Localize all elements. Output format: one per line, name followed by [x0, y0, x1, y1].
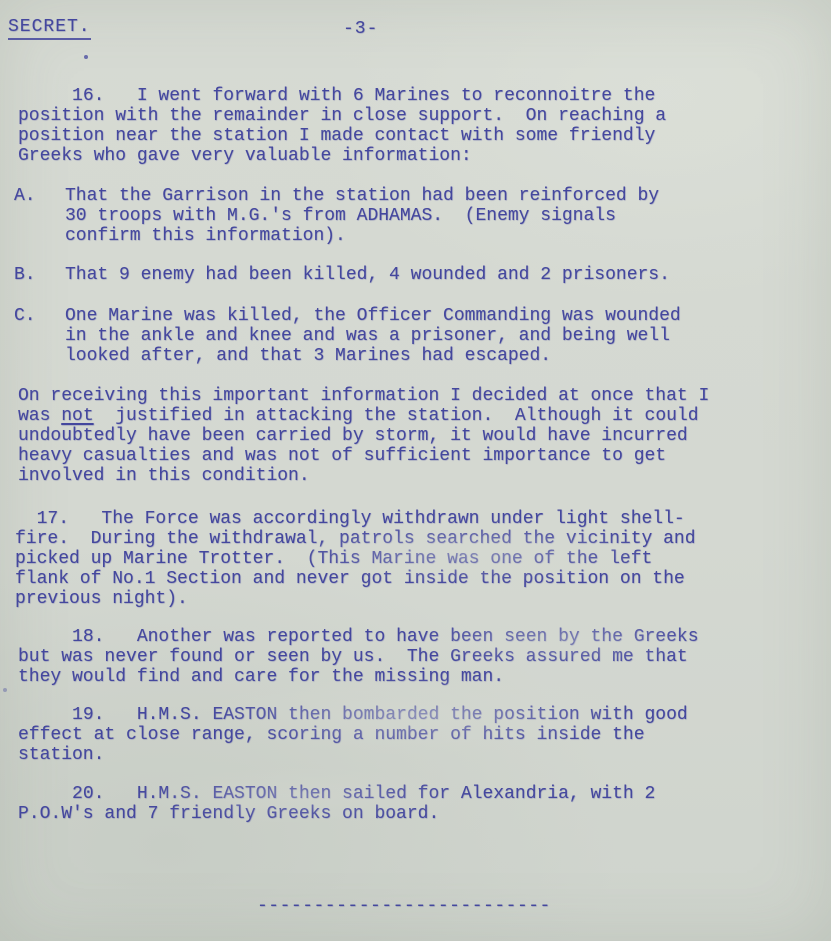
item-b-label: B. — [14, 265, 65, 285]
classification-marking: SECRET. — [8, 17, 91, 40]
list-item-c: C. One Marine was killed, the Officer Co… — [14, 306, 681, 366]
item-b-text: That 9 enemy had been killed, 4 wounded … — [65, 265, 670, 285]
paragraph-20: 20. H.M.S. EASTON then sailed for Alexan… — [18, 784, 655, 824]
paragraph-19: 19. H.M.S. EASTON then bombarded the pos… — [18, 705, 688, 765]
paragraph-16: 16. I went forward with 6 Marines to rec… — [18, 86, 666, 166]
paragraph-18: 18. Another was reported to have been se… — [18, 627, 699, 687]
item-a-text: That the Garrison in the station had bee… — [65, 186, 659, 246]
item-a-label: A. — [14, 186, 65, 206]
list-item-a: A. That the Garrison in the station had … — [14, 186, 659, 246]
item-c-text: One Marine was killed, the Officer Comma… — [65, 306, 681, 366]
page-number: -3- — [343, 19, 378, 39]
document-page: SECRET. -3- 16. I went forward with 6 Ma… — [0, 0, 831, 941]
decision-underlined-word: not — [61, 406, 93, 426]
stray-ink-dot-left-margin — [3, 688, 7, 692]
paragraph-17: 17. The Force was accordingly withdrawn … — [15, 509, 696, 609]
stray-ink-dot — [84, 55, 88, 59]
item-c-label: C. — [14, 306, 65, 326]
decision-text-after: justified in attacking the station. Alth… — [18, 406, 699, 486]
list-item-b: B. That 9 enemy had been killed, 4 wound… — [14, 265, 670, 285]
paragraph-decision: On receiving this important information … — [18, 386, 709, 486]
typed-dash-separator: -------------------------- — [257, 896, 551, 916]
